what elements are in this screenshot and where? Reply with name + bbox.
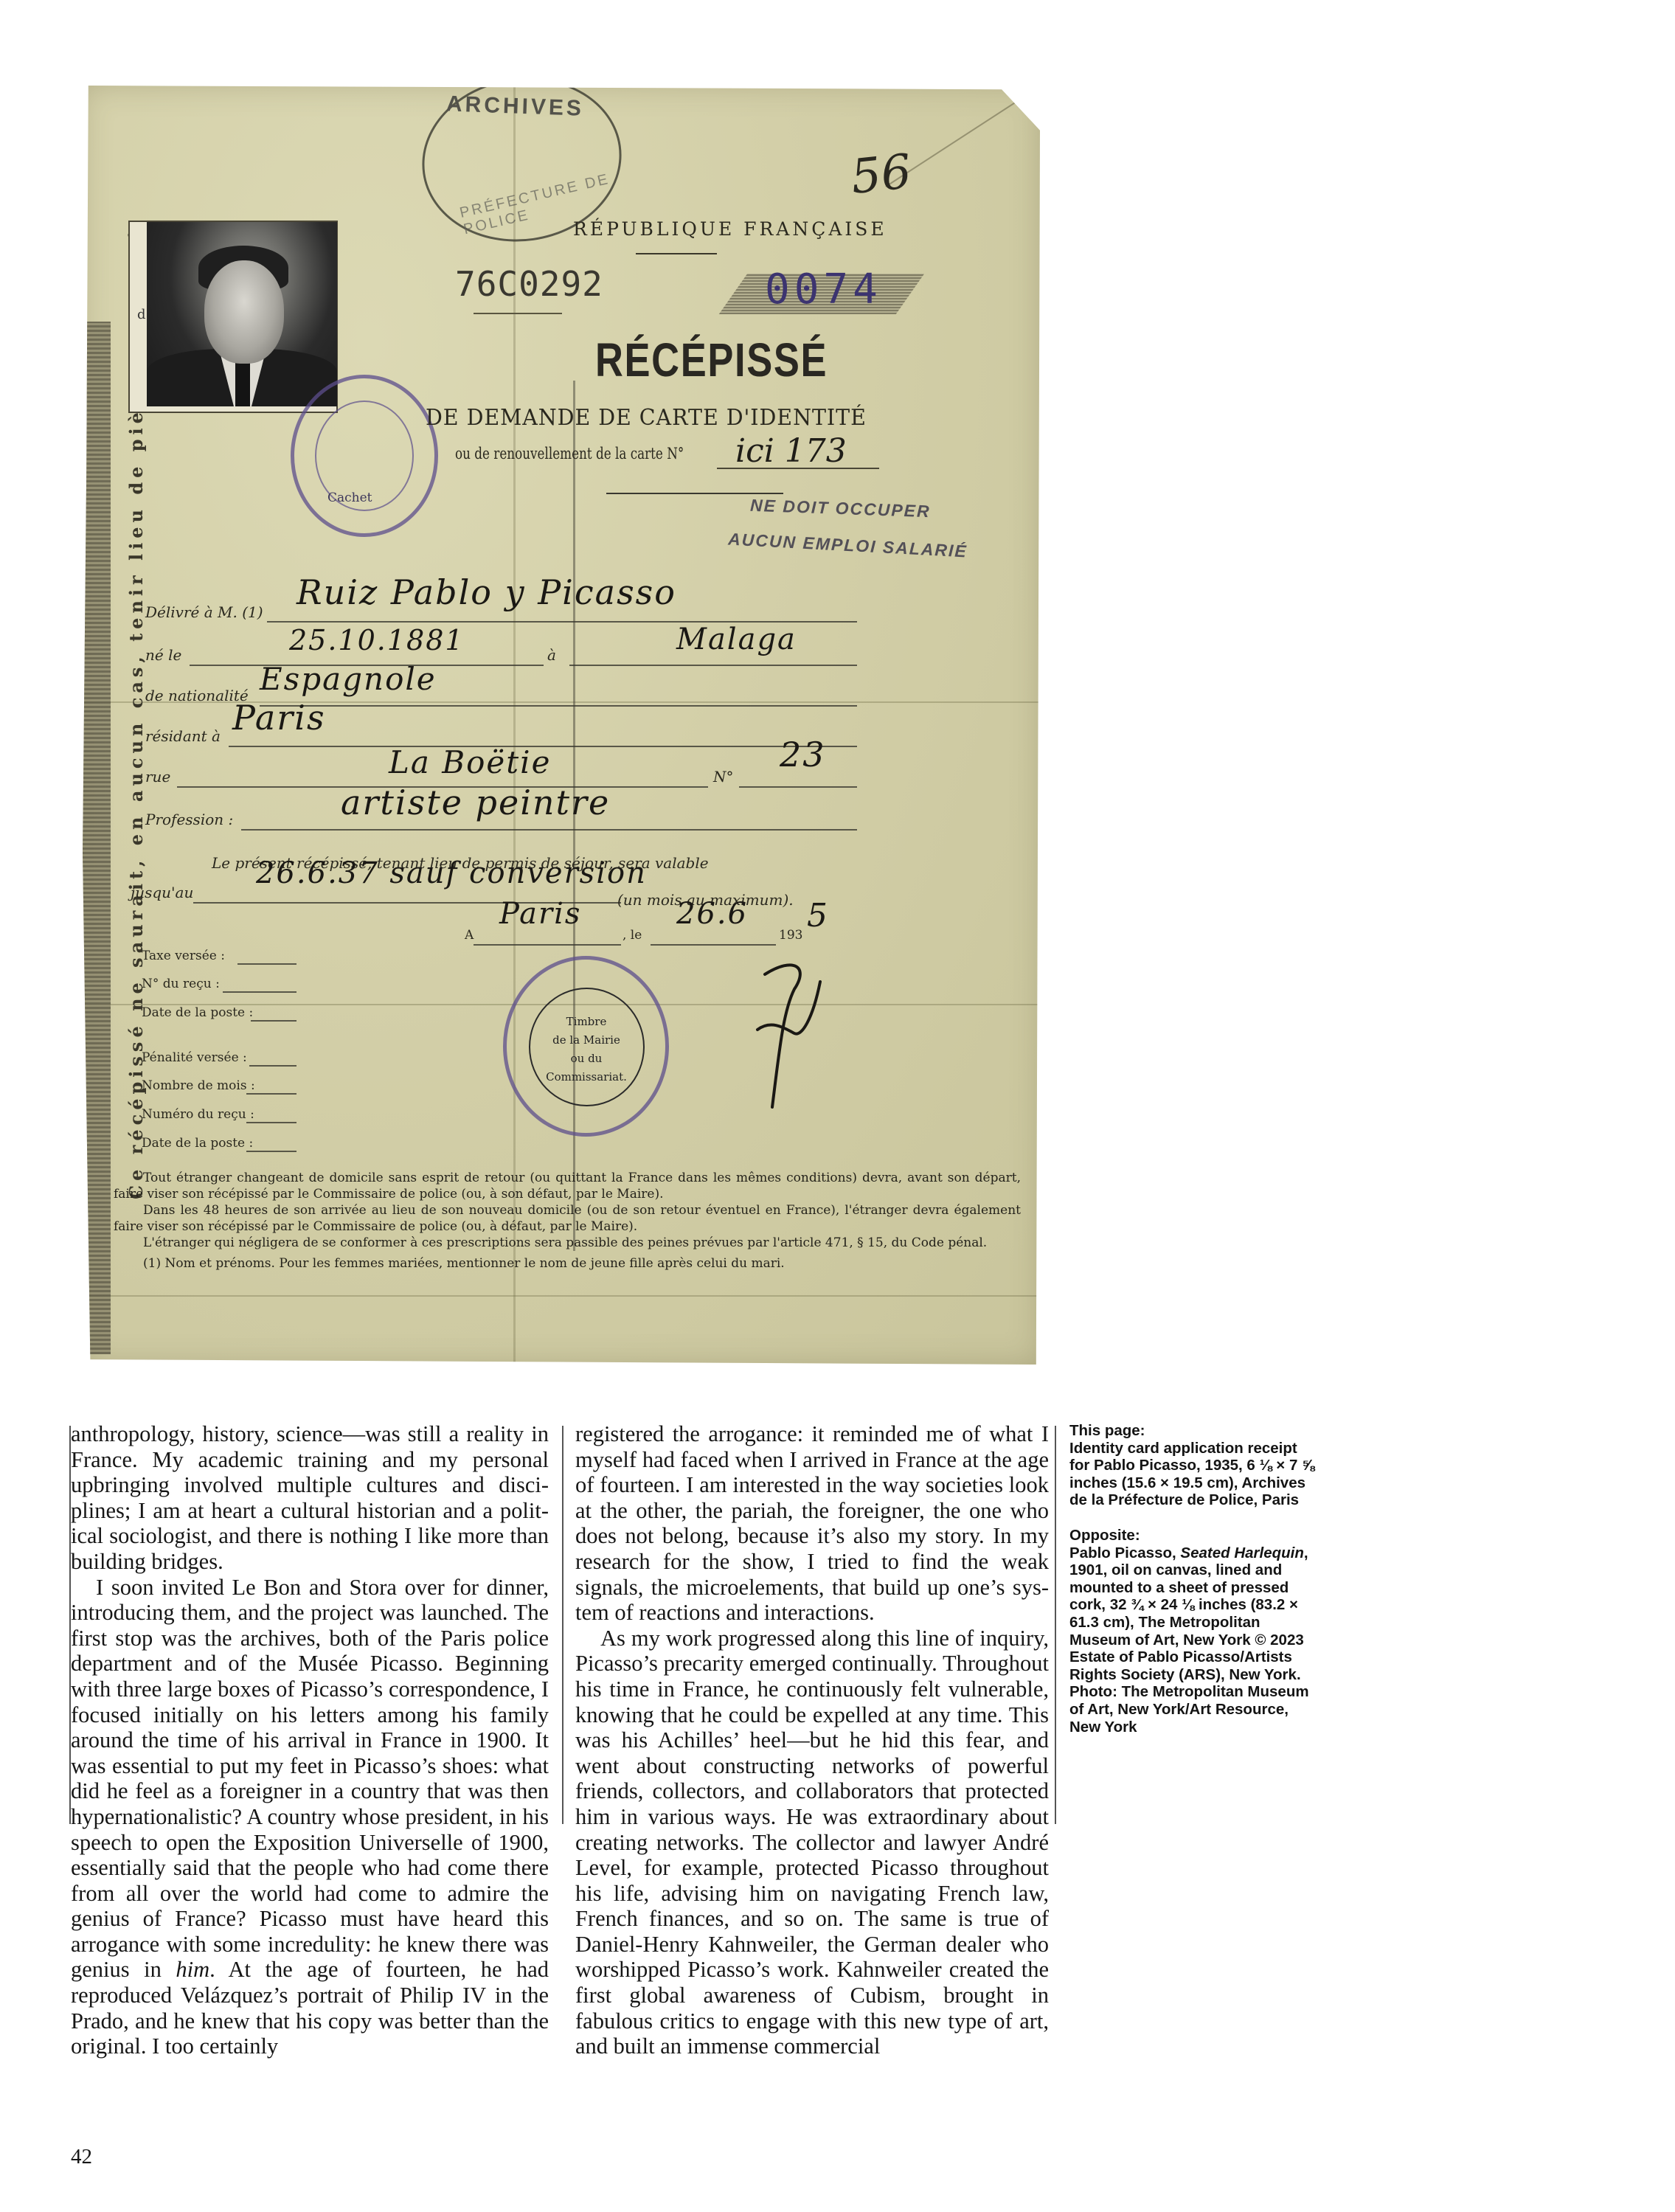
caption-opposite: Opposite: Pablo Picasso, Seated Harlequi… (1069, 1527, 1317, 1736)
footnote-paragraph: L'étranger qui négligera de se conformer… (114, 1235, 1021, 1251)
footnote-paragraph: Tout étranger changeant de domicile sans… (114, 1170, 1021, 1202)
photo-letter: d (137, 307, 146, 322)
field-value-nationality: Espagnole (260, 661, 437, 697)
admin-field-penalty: Pénalité versée : (142, 1050, 247, 1065)
admin-field-receipt-number: Numéro du reçu : (142, 1107, 254, 1122)
image-captions: This page: Identity card application rec… (1069, 1422, 1317, 1753)
field-value-birthplace: Malaga (676, 623, 797, 656)
field-label-birthplace: à (547, 646, 556, 664)
year-suffix: 5 (807, 897, 829, 935)
place-prefix: A (465, 928, 474, 943)
torn-edge-strip (83, 322, 111, 1354)
article-paragraph: anthropology, history, science—was still… (71, 1421, 549, 1575)
article-paragraph: registered the arrogance: it reminded me… (575, 1421, 1049, 1626)
field-rule (474, 944, 621, 946)
caption-label: Opposite: (1069, 1527, 1140, 1544)
field-label-born: né le (145, 646, 181, 664)
caption-text: Pablo Picasso, (1069, 1544, 1180, 1561)
republic-header: RÉPUBLIQUE FRANÇAISE (573, 218, 887, 240)
field-label-number: N° (713, 768, 734, 786)
admin-field-post-date: Date de la poste : (142, 1005, 253, 1020)
field-label-residence: résidant à (145, 727, 221, 745)
field-rule (237, 963, 296, 965)
seal-line: Commissariat. (535, 1068, 638, 1086)
separator-rule (606, 493, 783, 494)
validity-label: jusqu'au (131, 884, 193, 901)
caption-label: This page: (1069, 1422, 1145, 1439)
archives-stamp-text: ARCHIVES (445, 91, 584, 122)
page-number: 42 (71, 2145, 92, 2169)
place-value: Paris (499, 897, 581, 931)
date-prefix: , le (623, 928, 642, 943)
field-rule (251, 1020, 296, 1022)
renewal-value: ici 173 (735, 432, 847, 470)
year-prefix: 193 (779, 928, 802, 943)
footnote-paragraph: (1) Nom et prénoms. Pour les femmes mari… (114, 1255, 1021, 1272)
date-value: 26.6 (676, 897, 748, 931)
stamped-number: 0074 (765, 266, 882, 313)
field-rule (246, 1151, 296, 1152)
caption-text: Identity card application receipt for Pa… (1069, 1440, 1314, 1509)
field-rule (651, 944, 776, 946)
regulations-footnote: Tout étranger changeant de domicile sans… (114, 1170, 1021, 1272)
field-label-profession: Profession : (145, 811, 233, 828)
field-rule (241, 829, 857, 831)
field-value-birthdate: 25.10.1881 (289, 624, 465, 656)
paragraph-text: I soon invited Le Bon and Stora over for… (71, 1575, 549, 1983)
seal-line: de la Mairie (535, 1031, 638, 1050)
seal-line: Timbre (535, 1013, 638, 1031)
serial-number: 76C0292 (455, 264, 603, 304)
article-paragraph: I soon invited Le Bon and Stora over for… (71, 1575, 549, 2059)
employment-notice-line1: NE DOIT OCCUPER (750, 496, 931, 522)
field-rule (246, 1093, 296, 1095)
receipt-subtitle: DE DEMANDE DE CARTE D'IDENTITÉ (426, 405, 867, 431)
portrait-photo (147, 222, 337, 406)
field-value-name: Ruiz Pablo y Picasso (296, 572, 676, 612)
field-rule (739, 786, 857, 788)
renewal-rule (717, 468, 879, 469)
mairie-seal-text: Timbre de la Mairie ou du Commissariat. (535, 1013, 638, 1086)
identity-receipt-image: Ce récépissé ne saurait, en aucun cas, t… (83, 86, 1040, 1365)
field-value-residence: Paris (232, 698, 326, 738)
seal-label: Cachet (327, 490, 372, 505)
caption-text: , 1901, oil on canvas, lined and mounted… (1069, 1544, 1309, 1736)
employment-notice-line2: AUCUN EMPLOI SALARIÉ (728, 530, 968, 562)
seal-line: ou du (535, 1050, 638, 1068)
admin-field-months: Nombre de mois : (142, 1078, 255, 1093)
official-signature (750, 960, 831, 1114)
mairie-seal-stamp: Timbre de la Mairie ou du Commissariat. (503, 956, 669, 1137)
article-column-2: registered the arrogance: it reminded me… (575, 1421, 1049, 2059)
column-rule (562, 1426, 563, 1824)
admin-field-receipt-no: N° du reçu : (142, 977, 220, 991)
renewal-label: ou de renouvellement de la carte N° (455, 445, 684, 462)
validity-value: 26.6.37 sauf conversion (256, 856, 647, 890)
serial-rule (474, 313, 562, 314)
emphasis-text: him (176, 1957, 209, 1982)
caption-this-page: This page: Identity card application rec… (1069, 1422, 1317, 1509)
field-rule (246, 1122, 296, 1123)
field-rule (249, 1065, 296, 1067)
field-label-delivered-to: Délivré à M. (1) (145, 603, 263, 621)
header-rule (636, 253, 717, 254)
field-label-street: rue (145, 768, 170, 786)
field-value-number: 23 (780, 735, 826, 774)
column-rule (1055, 1426, 1056, 1824)
field-rule (260, 705, 857, 707)
footnote-paragraph: Dans les 48 heures de son arrivée au lie… (114, 1202, 1021, 1235)
article-paragraph: As my work progressed along this line of… (575, 1626, 1049, 2059)
paper-fold-line (83, 1295, 1040, 1297)
field-value-profession: artiste peintre (341, 783, 610, 822)
admin-field-tax: Taxe versée : (142, 949, 225, 963)
article-column-1: anthropology, history, science—was still… (71, 1421, 549, 2059)
receipt-title: RÉCÉPISSÉ (595, 333, 828, 387)
field-rule (569, 665, 857, 666)
id-photo-frame (128, 221, 338, 413)
field-value-street: La Boëtie (389, 744, 551, 780)
admin-field-post-date-2: Date de la poste : (142, 1136, 253, 1151)
artwork-title: Seated Harlequin (1180, 1544, 1303, 1561)
field-rule (223, 991, 296, 993)
handwritten-page-number: 56 (848, 145, 914, 205)
prefecture-seal-stamp: Cachet (291, 375, 438, 537)
